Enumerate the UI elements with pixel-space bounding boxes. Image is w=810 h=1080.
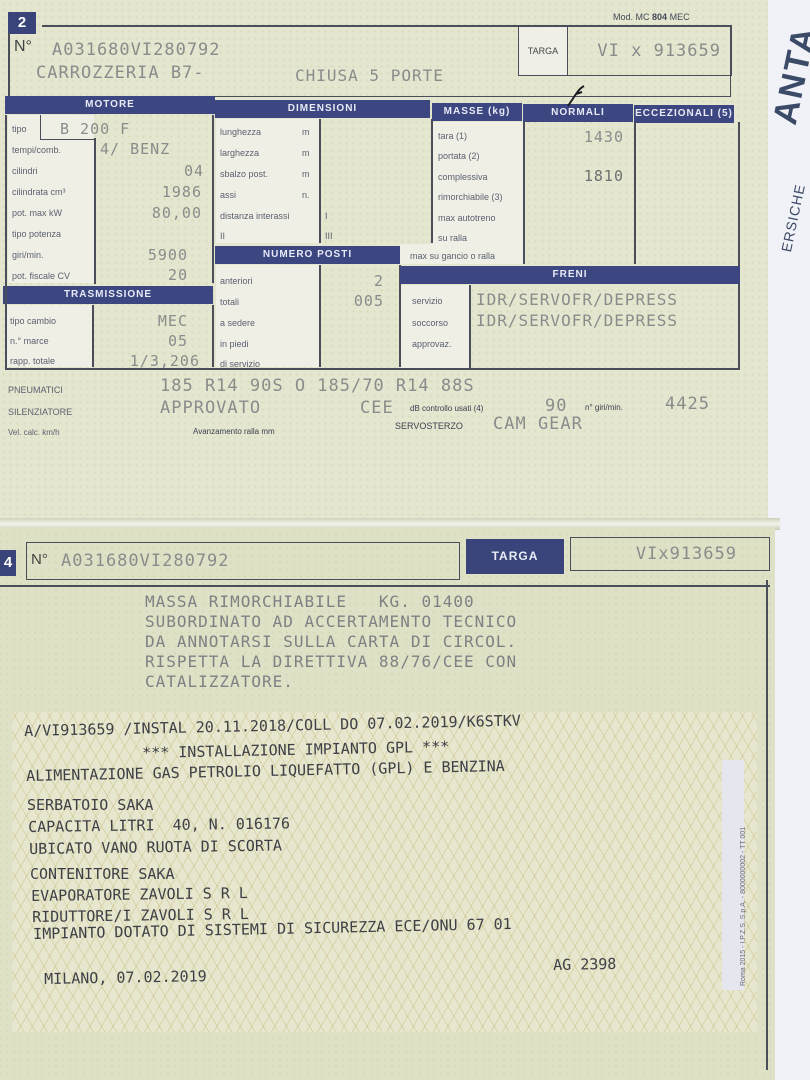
masse-label-autotreno: max autotreno <box>438 213 496 223</box>
eccezionali-header: ECCEZIONALI (5) <box>634 105 734 123</box>
avanzamento-ralla-label: Avanzamento ralla mm <box>193 427 275 436</box>
dimensioni-labels-column <box>216 119 319 243</box>
trasmissione-value-cambio: MEC <box>120 312 188 330</box>
numero-label: N° <box>14 38 32 56</box>
posti-value-totali: 005 <box>330 292 384 310</box>
note-line: CATALIZZATORE. <box>145 672 294 691</box>
dim-unit-sbalzo: m <box>302 169 310 179</box>
targa-value-box: VI x 913659 <box>567 26 732 76</box>
note-line: MASSA RIMORCHIABILE KG. 01400 <box>145 592 475 611</box>
pneumatici-label: PNEUMATICI <box>8 385 63 395</box>
giri-value: 4425 <box>665 394 710 414</box>
freni-value-servizio: IDR/SERVOFR/DEPRESS <box>476 290 678 309</box>
masse-label-rimorchiabile: rimorchiabile (3) <box>438 192 503 202</box>
security-stamp: Roma 2015 - I.P.Z.S. S.p.A. - 8000000002… <box>722 760 744 990</box>
gpl-line: UBICATO VANO RUOTA DI SCORTA <box>29 836 282 858</box>
motore-value-cilindrata: 1986 <box>120 183 202 201</box>
dim-unit-assi: n. <box>302 190 310 200</box>
motore-label-tipo: tipo <box>12 124 27 134</box>
trasmissione-value-marce: 05 <box>140 332 188 350</box>
freni-label-approvaz: approvaz. <box>412 339 452 349</box>
motore-label-cilindri: cilindri <box>12 166 38 176</box>
motore-value-cilindri: 04 <box>160 162 204 180</box>
masse-value-complessiva: 1810 <box>560 167 624 185</box>
targa-value-box: VIx913659 <box>570 537 770 571</box>
numero-box: N° A031680VI280792 <box>26 542 460 580</box>
dim-unit-interassi-1: I <box>325 211 328 221</box>
carrozzeria-type-value: CHIUSA 5 PORTE <box>295 66 444 85</box>
dim-label-larghezza: larghezza <box>220 148 259 158</box>
gpl-line: SERBATOIO SAKA <box>27 796 153 814</box>
freni-label-soccorso: soccorso <box>412 318 448 328</box>
giri-label: n° giri/min. <box>585 403 623 412</box>
targa-label: TARGA <box>519 27 567 75</box>
gpl-line: CONTENITORE SAKA <box>30 865 175 883</box>
targa-label-box: TARGA <box>518 26 568 76</box>
dim-label-sbalzo: sbalzo post. <box>220 169 268 179</box>
trasmissione-label-cambio: tipo cambio <box>10 316 56 326</box>
motore-value-tipo: B 200 F <box>60 120 130 138</box>
chassis-number: A031680VI280792 <box>61 551 230 571</box>
masse-label-ralla: su ralla <box>438 233 467 243</box>
db-value: 90 <box>545 396 567 416</box>
velocita-label: Vel. calc. km/h <box>8 428 60 437</box>
pneumatici-value: 185 R14 90S O 185/70 R14 88S <box>160 376 475 396</box>
motore-label-giri: giri/min. <box>12 250 44 260</box>
numero-posti-header: NUMERO POSTI <box>215 246 400 264</box>
trasmissione-label-marce: n.° marce <box>10 336 49 346</box>
posti-value-anteriori: 2 <box>340 272 384 290</box>
registration-section-2: Mod. MC 804 MEC 2 N° A031680VI280792 CAR… <box>0 0 768 520</box>
freni-label-servizio: servizio <box>412 296 443 306</box>
servosterzo-label: SERVOSTERZO <box>395 421 463 431</box>
dim-unit-lunghezza: m <box>302 127 310 137</box>
motore-value-pot-fiscale: 20 <box>140 266 188 284</box>
targa-value: VIx913659 <box>636 544 737 564</box>
freni-header: FRENI <box>400 266 740 284</box>
stamp-text: Roma 2015 - I.P.Z.S. S.p.A. - 8000000002… <box>740 827 747 986</box>
model-code-number: 804 <box>652 12 667 22</box>
targa-value: VI x 913659 <box>568 27 731 75</box>
dim-unit-larghezza: m <box>302 148 310 158</box>
model-code-prefix: Mod. MC <box>613 12 650 22</box>
dim-label-lunghezza: lunghezza <box>220 127 261 137</box>
note-line: SUBORDINATO AD ACCERTAMENTO TECNICO <box>145 612 517 631</box>
motore-label-cilindrata: cilindrata cm³ <box>12 187 66 197</box>
dimensioni-header: DIMENSIONI <box>215 100 430 118</box>
dim-label-interassi-2: II <box>220 231 225 241</box>
motore-label-potmax: pot. max kW <box>12 208 62 218</box>
freni-value-soccorso: IDR/SERVOFR/DEPRESS <box>476 311 678 330</box>
motore-value-giri: 5900 <box>110 246 188 264</box>
silenziatore-cee: CEE <box>360 398 394 418</box>
dim-label-interassi-3: III <box>325 231 333 241</box>
posti-label-anteriori: anteriori <box>220 276 253 286</box>
masse-header: MASSE (kg) <box>432 103 522 121</box>
gpl-line: CAPACITA LITRI 40, N. 016176 <box>28 814 290 836</box>
dim-label-assi: assi <box>220 190 236 200</box>
model-code: Mod. MC 804 MEC <box>613 12 690 22</box>
section-number-badge: 4 <box>0 550 16 576</box>
gpl-line: EVAPORATORE ZAVOLI S R L <box>31 884 248 905</box>
motore-value-tempi: 4/ BENZ <box>100 140 170 158</box>
posti-label-sedere: a sedere <box>220 318 255 328</box>
motore-header: MOTORE <box>5 96 215 114</box>
chassis-number: A031680VI280792 <box>52 40 221 60</box>
motore-label-tipo-potenza: tipo potenza <box>12 229 61 239</box>
posti-label-piedi: in piedi <box>220 339 249 349</box>
model-code-suffix: MEC <box>670 12 690 22</box>
trasmissione-header: TRASMISSIONE <box>3 286 213 304</box>
numero-label: N° <box>31 551 48 568</box>
masse-value-tara: 1430 <box>560 128 624 146</box>
silenziatore-value: APPROVATO <box>160 398 261 418</box>
masse-label-portata: portata (2) <box>438 151 480 161</box>
carrozzeria-value: CARROZZERIA B7- <box>36 63 205 83</box>
gpl-place-date: MILANO, 07.02.2019 <box>44 967 207 988</box>
note-line: DA ANNOTARSI SULLA CARTA DI CIRCOL. <box>145 632 517 651</box>
masse-label-tara: tara (1) <box>438 131 467 141</box>
motore-label-pot-fiscale: pot. fiscale CV <box>12 271 70 281</box>
targa-label: TARGA <box>466 539 564 574</box>
posti-label-totali: totali <box>220 297 239 307</box>
note-line: RISPETTA LA DIRETTIVA 88/76/CEE CON <box>145 652 517 671</box>
gpl-authority-code: AG 2398 <box>553 955 617 974</box>
masse-label-gancio: max su gancio o ralla <box>410 251 495 261</box>
motore-value-potmax: 80,00 <box>110 204 202 222</box>
motore-label-tempi: tempi/comb. <box>12 145 61 155</box>
silenziatore-label: SILENZIATORE <box>8 407 72 417</box>
masse-label-complessiva: complessiva <box>438 172 488 182</box>
trasmissione-label-rapporto: rapp. totale <box>10 356 55 366</box>
ink-mark-icon <box>566 82 588 108</box>
servosterzo-value: CAM GEAR <box>493 414 583 434</box>
dim-label-interassi: distanza interassi <box>220 211 290 221</box>
db-label: dB controllo usati (4) <box>410 404 483 413</box>
